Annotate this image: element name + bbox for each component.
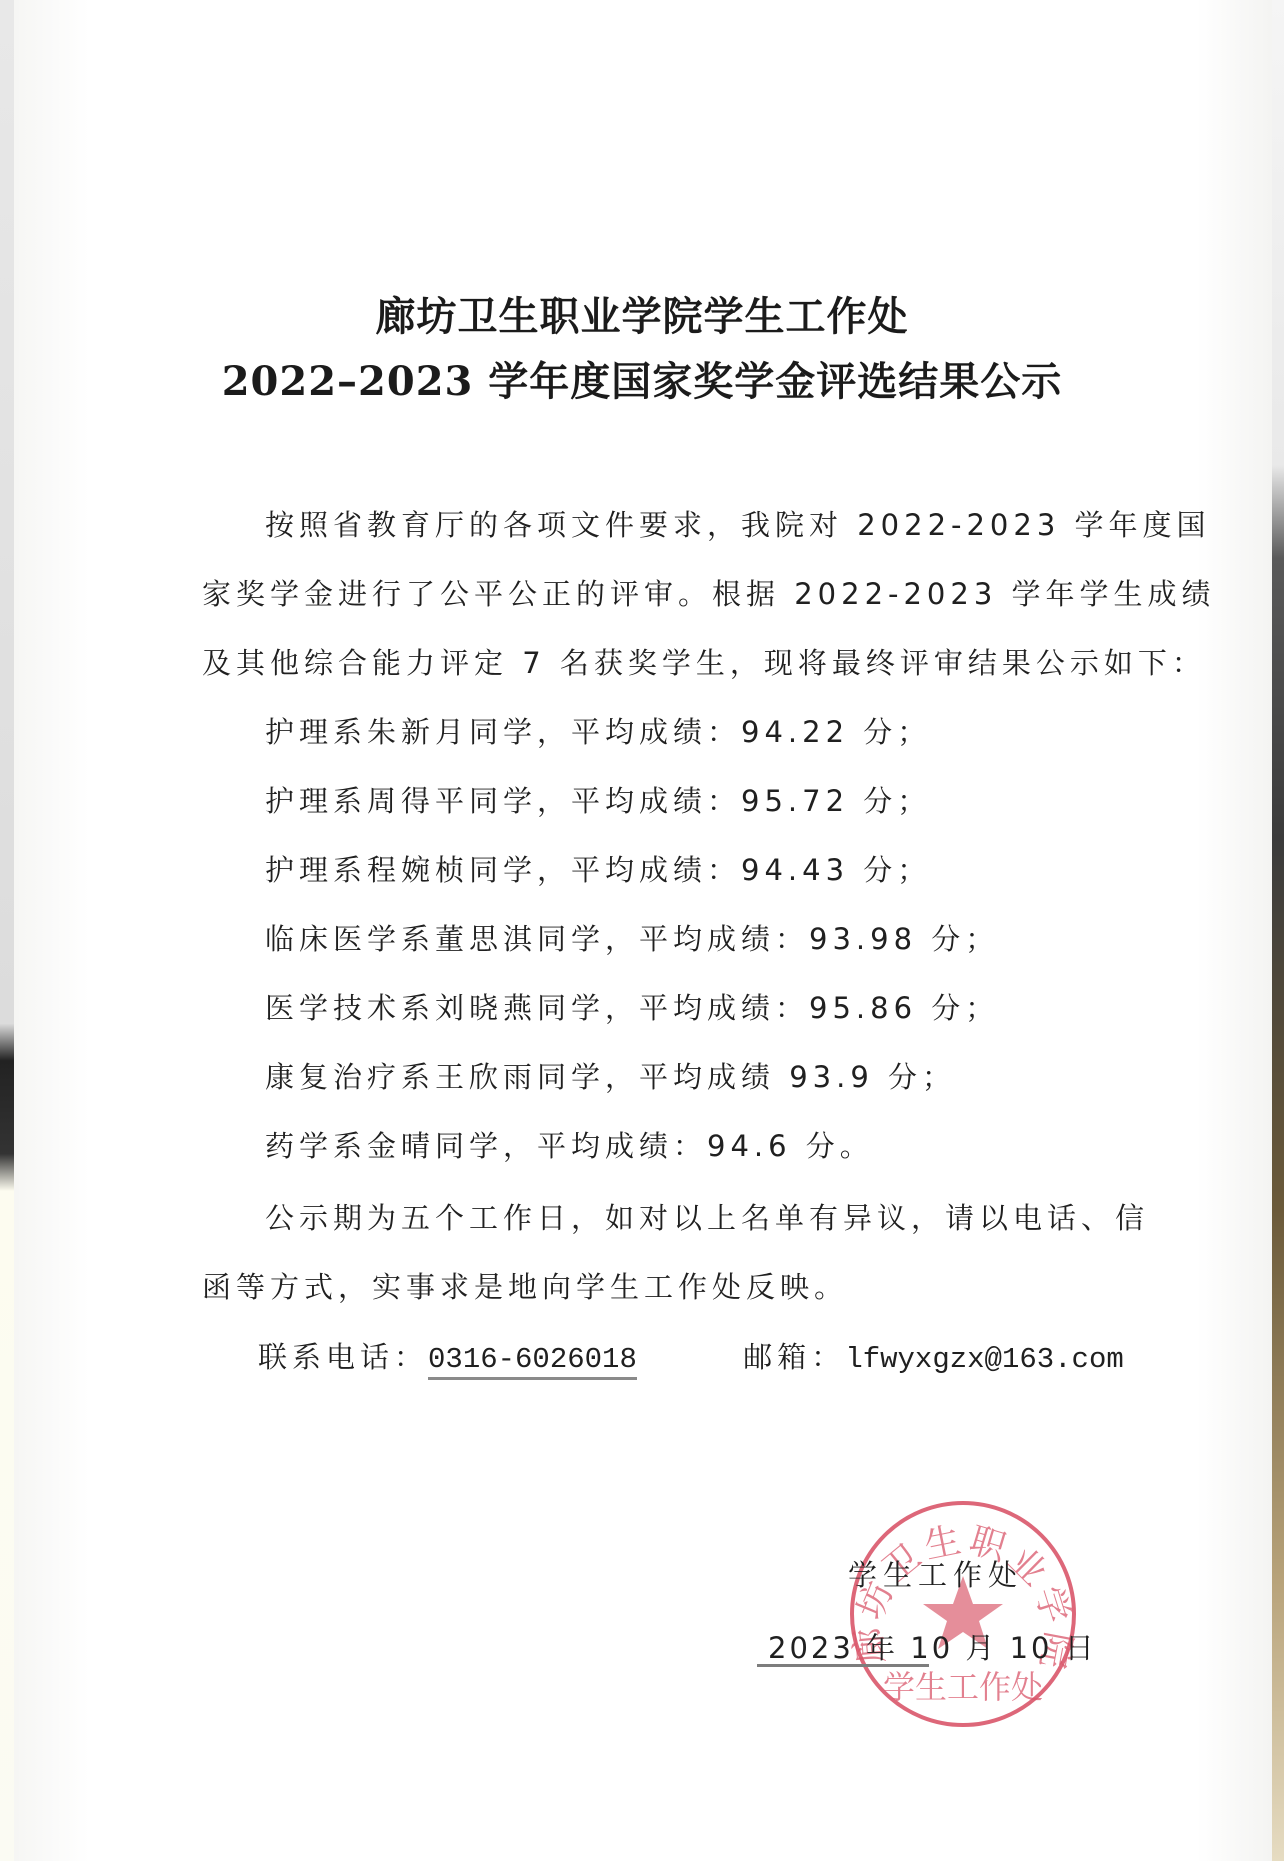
awardee-item: 医学技术系刘晓燕同学，平均成绩：95.86 分； [265, 986, 999, 1027]
intro-line-3: 及其他综合能力评定 7 名获奖学生，现将最终评审结果公示如下： [202, 641, 1206, 682]
awardee-item: 护理系程婉桢同学，平均成绩：94.43 分； [265, 848, 931, 889]
awardee-item: 康复治疗系王欣雨同学，平均成绩 93.9 分； [265, 1055, 956, 1096]
signature-office: 学生工作处 [848, 1553, 1023, 1594]
intro-line-2: 家奖学金进行了公平公正的评审。根据 2022-2023 学年学生成绩 [202, 572, 1216, 613]
awardee-item: 护理系周得平同学，平均成绩：95.72 分； [265, 779, 931, 820]
email-label: 邮箱： [743, 1340, 845, 1374]
email-address: lfwyxgzx@163.com [845, 1343, 1123, 1376]
document-title-line2: 2022–2023 学年度国家奖学金评选结果公示 [0, 350, 1284, 407]
svg-text:学生工作处: 学生工作处 [883, 1668, 1043, 1706]
signature-date: 2023 年 10 月 10 日 [768, 1626, 1097, 1667]
awardee-item: 临床医学系董思淇同学，平均成绩：93.98 分； [265, 917, 999, 958]
intro-line-1: 按照省教育厅的各项文件要求，我院对 2022-2023 学年度国 [265, 503, 1211, 544]
document-title-line1: 廊坊卫生职业学院学生工作处 [0, 285, 1284, 342]
phone-link[interactable]: 0316-6026018 [428, 1343, 637, 1380]
closing-line-1: 公示期为五个工作日，如对以上名单有异议，请以电话、信 [265, 1196, 1149, 1237]
closing-line-2: 函等方式，实事求是地向学生工作处反映。 [202, 1265, 848, 1306]
contact-line: 联系电话：0316-6026018 邮箱：lfwyxgzx@163.com [258, 1335, 1124, 1376]
awardee-item: 药学系金晴同学，平均成绩：94.6 分。 [265, 1124, 874, 1165]
scan-right-edge [1272, 0, 1284, 1861]
awardee-item: 护理系朱新月同学，平均成绩：94.22 分； [265, 710, 931, 751]
scan-left-edge [0, 0, 14, 1861]
phone-label: 联系电话： [258, 1340, 428, 1374]
official-seal: 廊坊卫生职业学院 学生工作处 [848, 1498, 1078, 1730]
